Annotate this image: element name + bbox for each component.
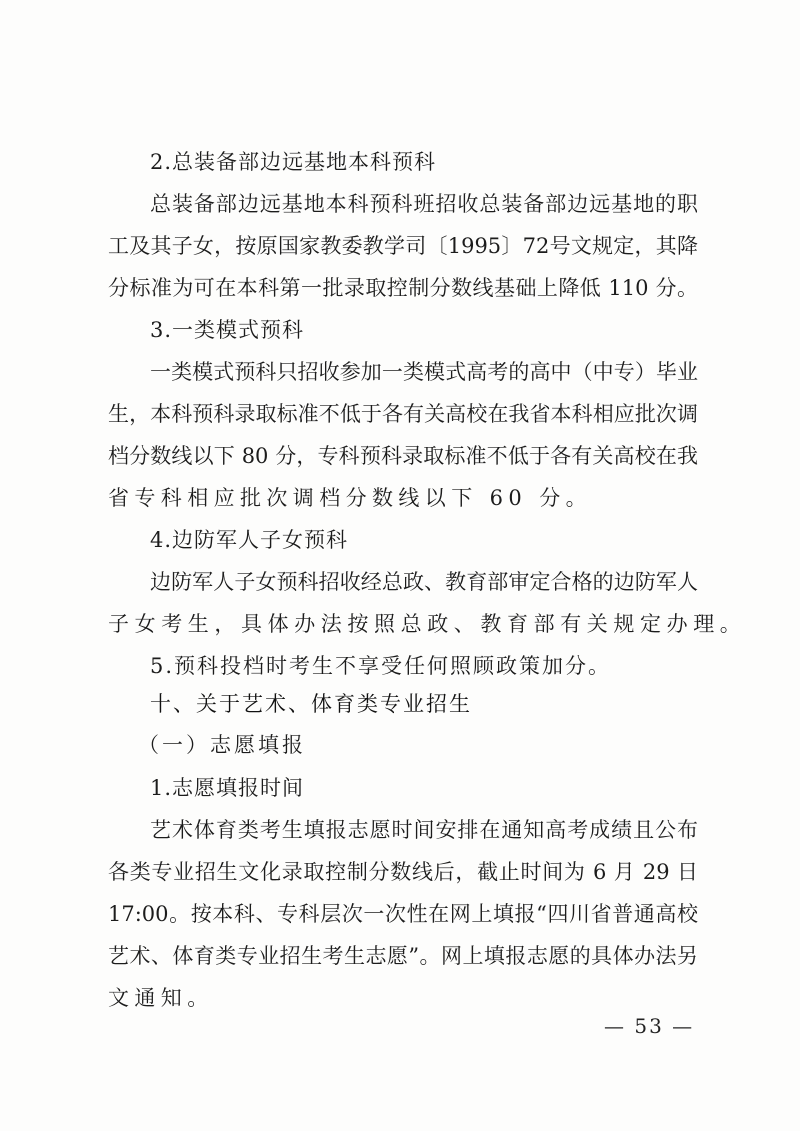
paragraph-line: 各类专业招生文化录取控制分数线后，截止时间为 6 月 29 日	[108, 858, 698, 886]
paragraph-line: 文通知。	[108, 984, 698, 1012]
paragraph-line: 总装备部边远基地本科预科班招收总装备部边远基地的职	[150, 190, 698, 218]
item-heading-3: 3.一类模式预科	[150, 316, 698, 344]
page-number: — 53 —	[604, 1014, 694, 1038]
section-heading: 十、关于艺术、体育类专业招生	[150, 690, 698, 718]
sub-heading: （一）志愿填报	[138, 731, 728, 759]
paragraph-line: 工及其子女，按原国家教委教学司〔1995〕72号文规定，其降	[108, 232, 698, 260]
paragraph-line: 边防军人子女预科招收经总政、教育部审定合格的边防军人	[150, 568, 698, 596]
item-heading-4: 4.边防军人子女预科	[150, 526, 698, 554]
paragraph-line: 档分数线以下 80 分，专科预科录取标准不低于各有关高校在我	[108, 442, 698, 470]
paragraph-line: 生，本科预科录取标准不低于各有关高校在我省本科相应批次调	[108, 400, 698, 428]
paragraph-line: 艺术体育类考生填报志愿时间安排在通知高考成绩且公布	[150, 816, 698, 844]
paragraph-line: 17:00。按本科、专科层次一次性在网上填报“四川省普通高校	[108, 900, 698, 928]
item-heading-5: 5.预科投档时考生不享受任何照顾政策加分。	[150, 652, 698, 680]
item-heading-1: 1.志愿填报时间	[150, 774, 698, 802]
document-page: 2.总装备部边远基地本科预科 总装备部边远基地本科预科班招收总装备部边远基地的职…	[0, 0, 800, 1131]
paragraph-line: 艺术、体育类专业招生考生志愿”。网上填报志愿的具体办法另	[108, 942, 698, 970]
paragraph-line: 子女考生，具体办法按照总政、教育部有关规定办理。	[108, 610, 698, 638]
item-heading-2: 2.总装备部边远基地本科预科	[150, 148, 698, 176]
paragraph-line: 分标准为可在本科第一批录取控制分数线基础上降低 110 分。	[108, 274, 698, 302]
paragraph-line: 省专科相应批次调档分数线以下 60 分。	[108, 484, 698, 512]
paragraph-line: 一类模式预科只招收参加一类模式高考的高中（中专）毕业	[150, 358, 698, 386]
